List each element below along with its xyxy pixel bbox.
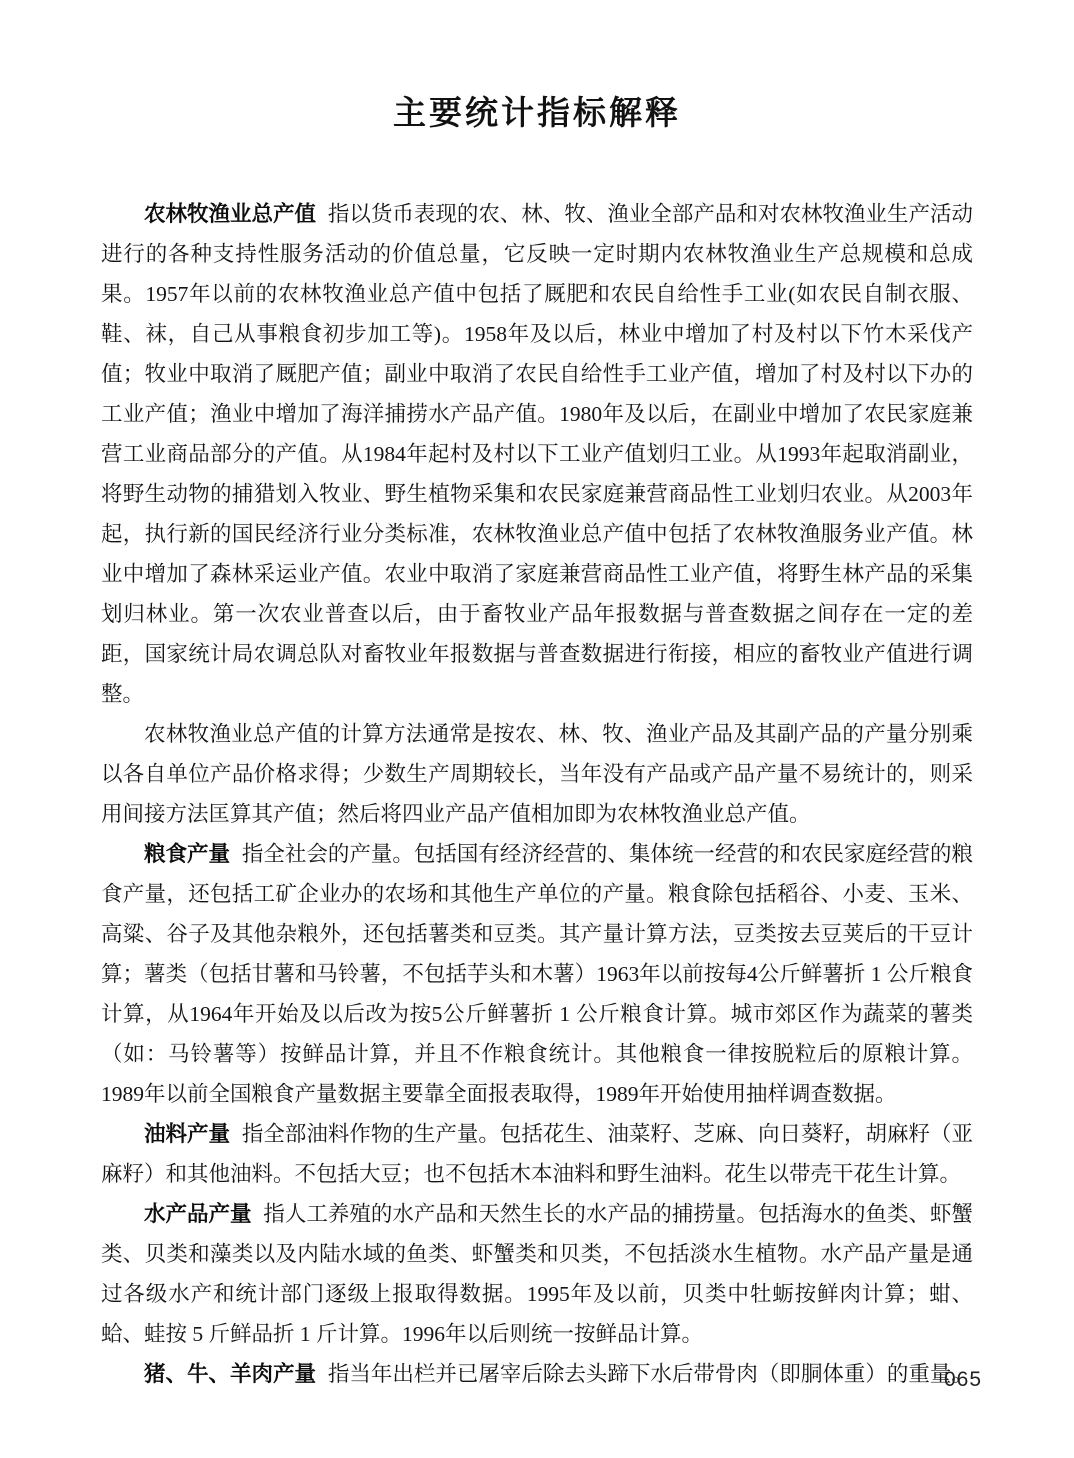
paragraph-text: 指全社会的产量。包括国有经济经营的、集体统一经营的和农民家庭经营的粮食产量，还包… [101, 842, 973, 1106]
term-label: 农林牧渔业总产值 [144, 202, 316, 226]
paragraph-text: 指当年出栏并已屠宰后除去头蹄下水后带骨肉（即胴体重）的重量。 [328, 1362, 973, 1386]
document-body: 农林牧渔业总产值指以货币表现的农、林、牧、渔业全部产品和对农林牧渔业生产活动进行… [101, 194, 973, 1394]
document-page: 主要统计指标解释 农林牧渔业总产值指以货币表现的农、林、牧、渔业全部产品和对农林… [0, 0, 1074, 1458]
page-number: 065 [944, 1368, 982, 1392]
paragraph-meat-output: 猪、牛、羊肉产量指当年出栏并已屠宰后除去头蹄下水后带骨肉（即胴体重）的重量。 [101, 1354, 973, 1394]
paragraph-text: 指全部油料作物的生产量。包括花生、油菜籽、芝麻、向日葵籽，胡麻籽（亚麻籽）和其他… [101, 1122, 973, 1186]
paragraph-calculation-method: 农林牧渔业总产值的计算方法通常是按农、林、牧、渔业产品及其副产品的产量分别乘以各… [101, 714, 973, 834]
term-label: 粮食产量 [144, 842, 230, 866]
term-label: 水产品产量 [144, 1202, 252, 1226]
paragraph-aquatic-products-output: 水产品产量指人工养殖的水产品和天然生长的水产品的捕捞量。包括海水的鱼类、虾蟹类、… [101, 1194, 973, 1354]
paragraph-oil-bearing-crops-output: 油料产量指全部油料作物的生产量。包括花生、油菜籽、芝麻、向日葵籽，胡麻籽（亚麻籽… [101, 1114, 973, 1194]
term-label: 猪、牛、羊肉产量 [144, 1362, 316, 1386]
paragraph-text: 指以货币表现的农、林、牧、渔业全部产品和对农林牧渔业生产活动进行的各种支持性服务… [101, 202, 973, 706]
paragraph-grain-output: 粮食产量指全社会的产量。包括国有经济经营的、集体统一经营的和农民家庭经营的粮食产… [101, 834, 973, 1114]
paragraph-text: 农林牧渔业总产值的计算方法通常是按农、林、牧、渔业产品及其副产品的产量分别乘以各… [101, 722, 973, 826]
paragraph-gross-output-value: 农林牧渔业总产值指以货币表现的农、林、牧、渔业全部产品和对农林牧渔业生产活动进行… [101, 194, 973, 714]
term-label: 油料产量 [144, 1122, 230, 1146]
page-title: 主要统计指标解释 [0, 0, 1074, 132]
